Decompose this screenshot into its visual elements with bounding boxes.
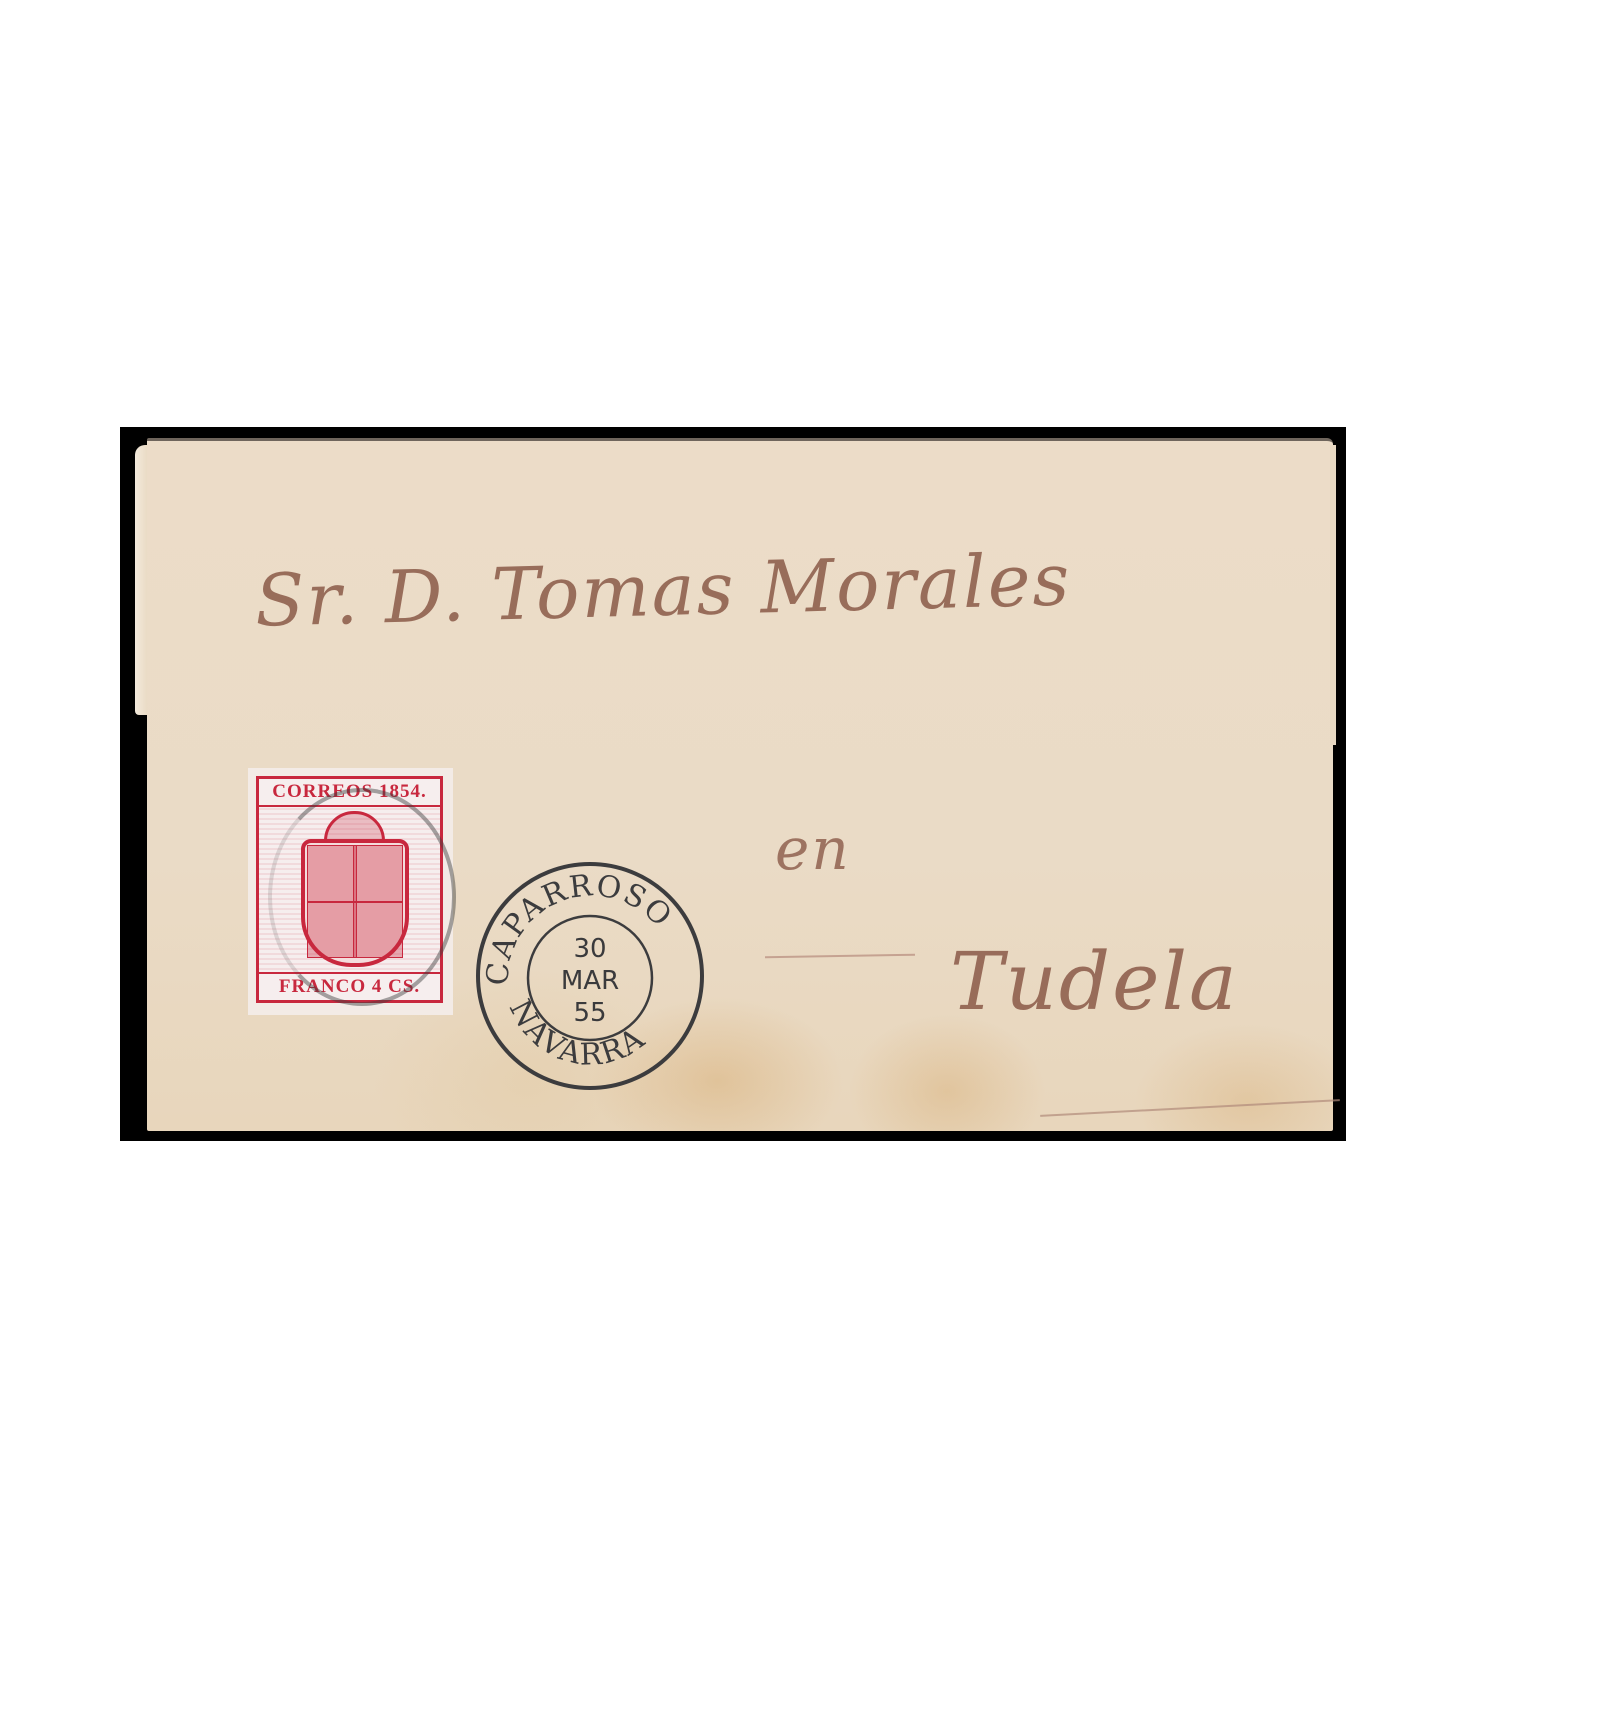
circular-datestamp: CAPARROSO NAVARRA 30 MAR 55 — [470, 856, 710, 1096]
postmark-month: MAR — [470, 966, 710, 996]
city-handwriting: Tudela — [950, 935, 1239, 1028]
cancellation-mark — [268, 788, 456, 1006]
postmark-day: 30 — [470, 934, 710, 964]
postage-stamp: CORREOS 1854. FRANCO 4 CS. — [248, 768, 453, 1015]
folded-edge-right — [1330, 445, 1336, 745]
preposition-handwriting: en — [775, 815, 851, 883]
postmark-year: 55 — [470, 998, 710, 1028]
